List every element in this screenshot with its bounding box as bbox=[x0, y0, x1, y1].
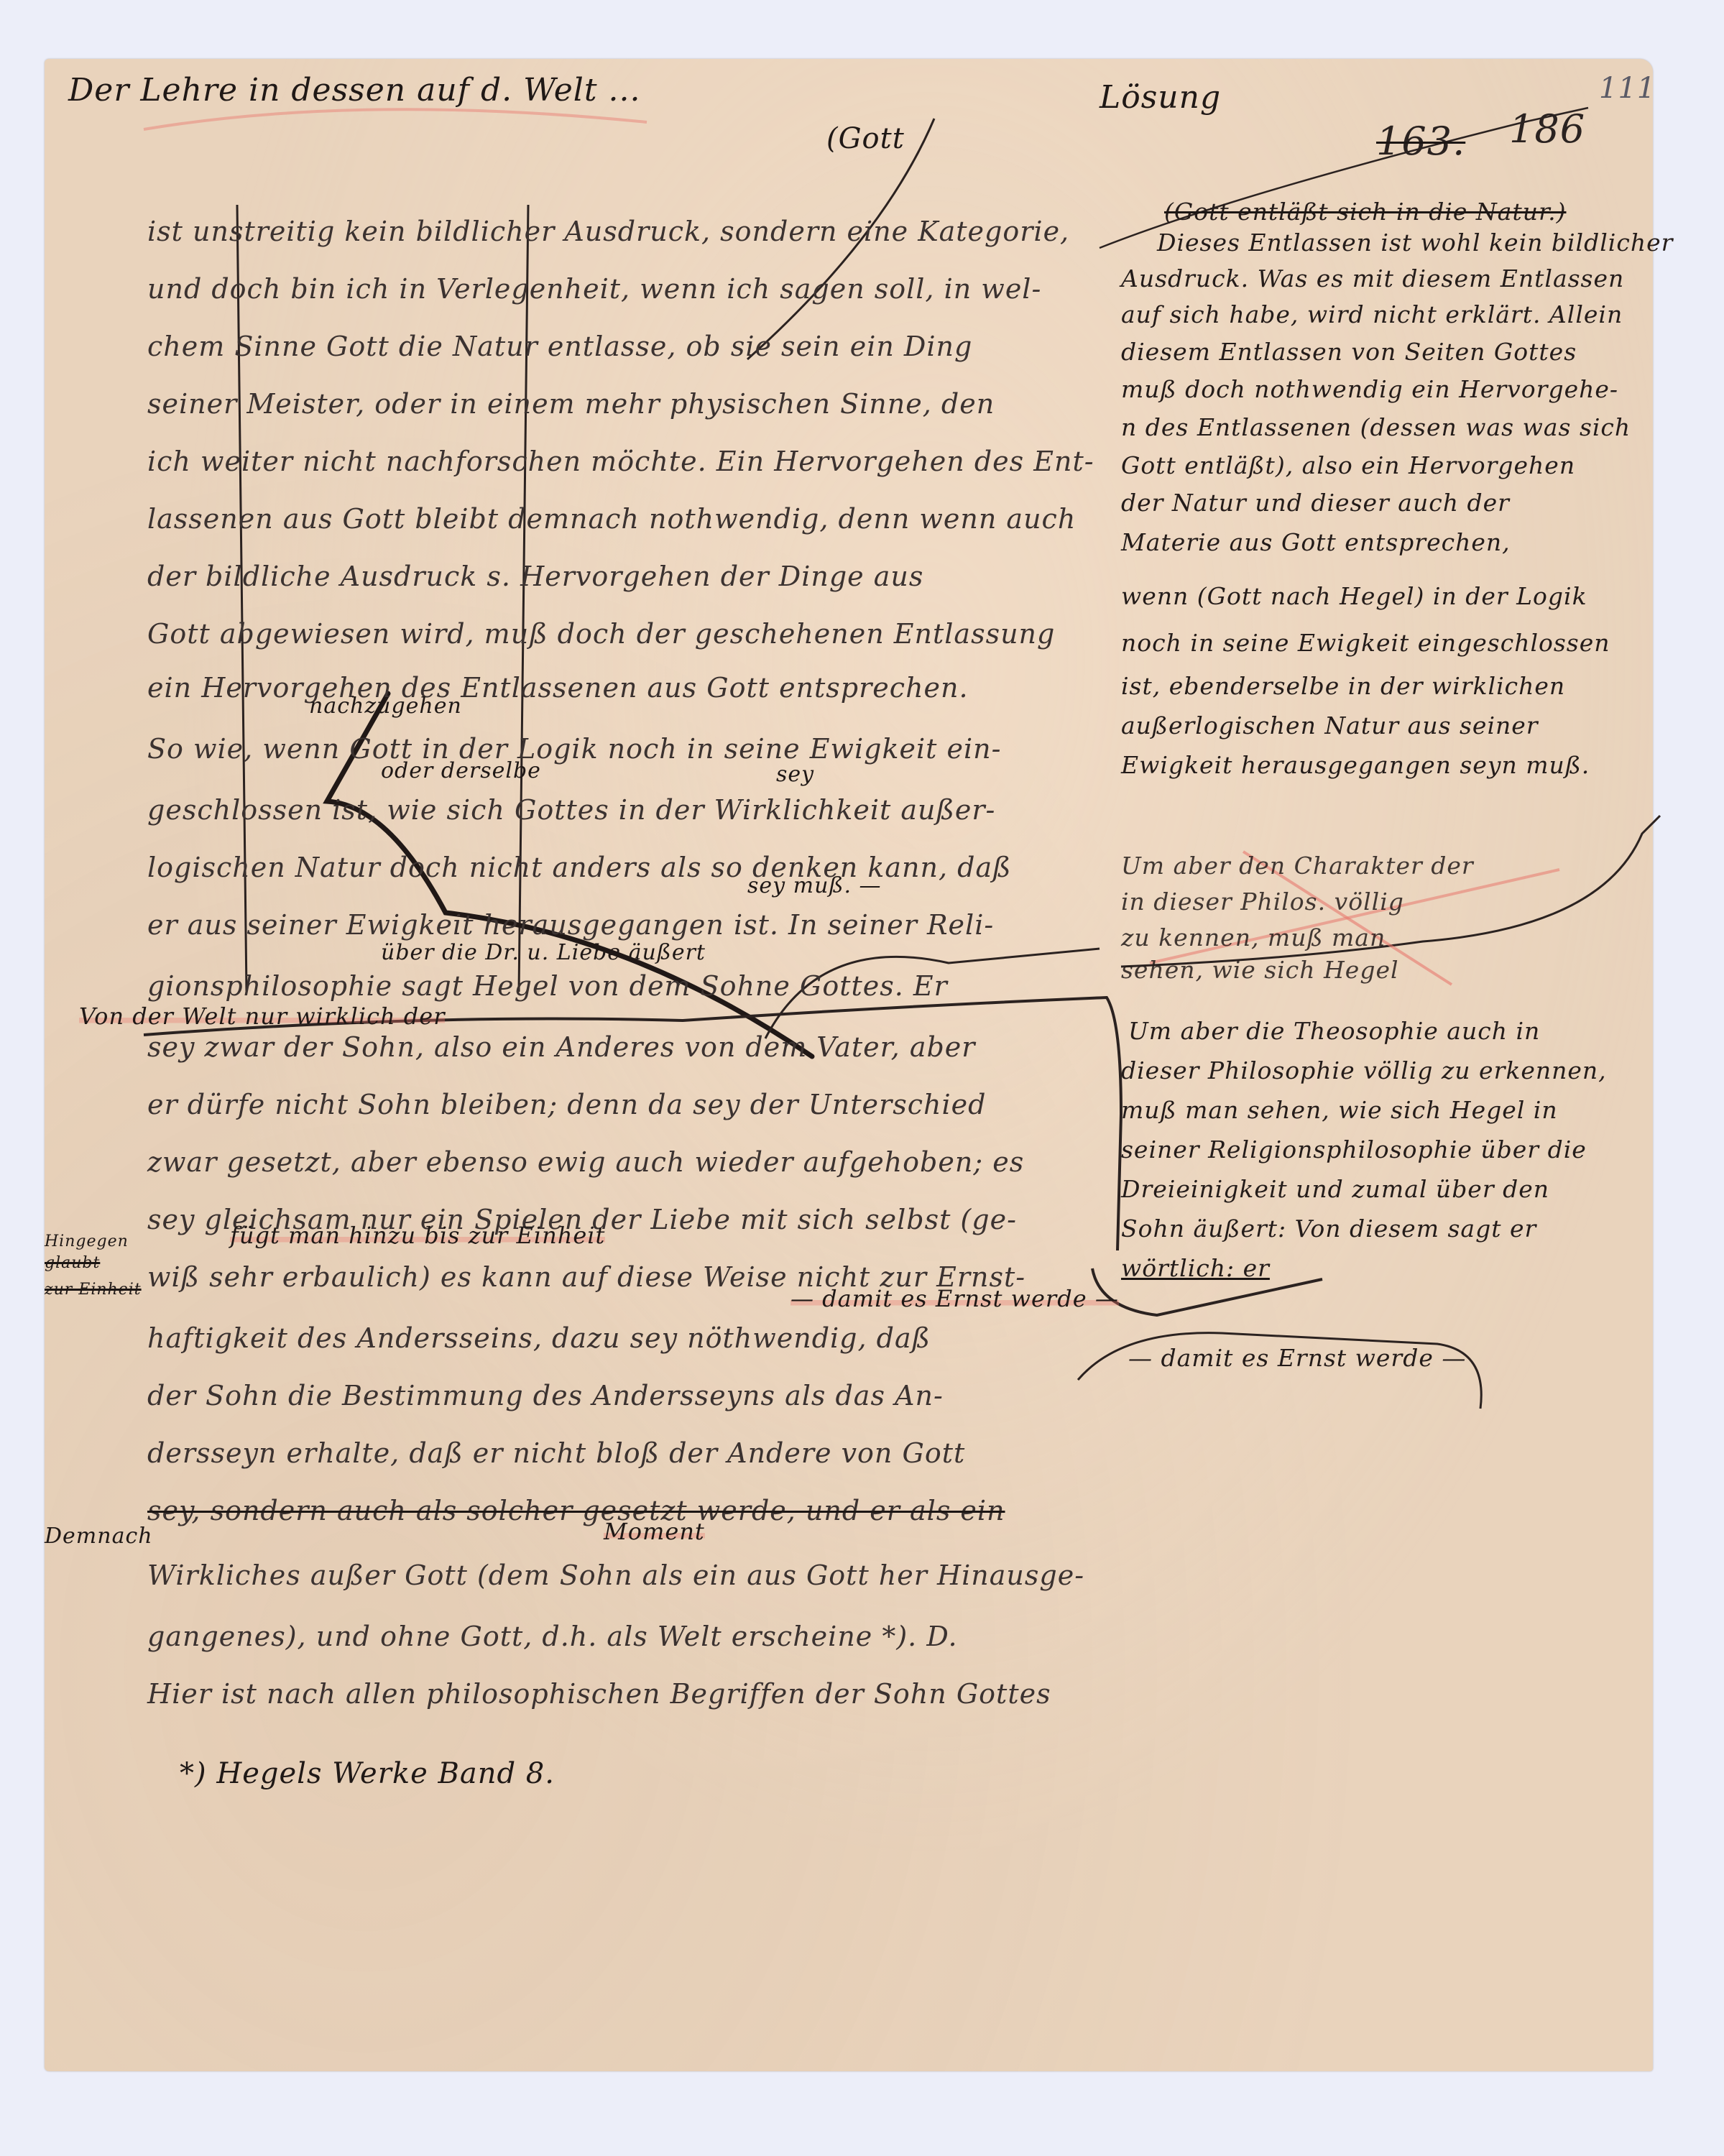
right-margin-line: außerlogischen Natur aus seiner bbox=[1121, 711, 1539, 740]
right-margin-struck-line: (Gott entläßt sich in die Natur.) bbox=[1164, 198, 1566, 226]
right-margin-line: dieser Philosophie völlig zu erkennen, bbox=[1121, 1056, 1607, 1084]
interlinear-insert: sey muß. — bbox=[747, 873, 882, 898]
main-line: der Sohn die Bestimmung des Andersseyns … bbox=[147, 1380, 944, 1411]
main-line: gangenes), und ohne Gott, d.h. als Welt … bbox=[147, 1621, 958, 1652]
main-line: lassenen aus Gott bleibt demnach nothwen… bbox=[147, 503, 1076, 535]
right-margin-line: der Natur und dieser auch der bbox=[1121, 489, 1510, 517]
main-line: gionsphilosophie sagt Hegel von dem Sohn… bbox=[147, 970, 948, 1002]
interlinear-insert: — damit es Ernst werde — bbox=[790, 1285, 1119, 1312]
right-margin-line: auf sich habe, wird nicht erklärt. Allei… bbox=[1121, 300, 1623, 328]
right-margin-line: noch in seine Ewigkeit eingeschlossen bbox=[1121, 629, 1610, 657]
top-note-insert: (Gott bbox=[826, 122, 905, 155]
page-number: 186 bbox=[1509, 106, 1585, 152]
main-line: Gott abgewiesen wird, muß doch der gesch… bbox=[147, 618, 1055, 650]
right-margin-line: seiner Religionsphilosophie über die bbox=[1121, 1135, 1587, 1164]
interlinear-insert: Moment bbox=[604, 1518, 705, 1545]
main-line: und doch bin ich in Verlegenheit, wenn i… bbox=[147, 273, 1041, 305]
interlinear-insert: sey bbox=[776, 762, 814, 787]
main-line: zwar gesetzt, aber ebenso ewig auch wied… bbox=[147, 1146, 1024, 1178]
right-margin-line: Dreieinigkeit und zumal über den bbox=[1121, 1175, 1549, 1203]
right-margin-line: diesem Entlassen von Seiten Gottes bbox=[1121, 338, 1577, 366]
left-margin-line: zur Einheit bbox=[45, 1281, 142, 1299]
right-margin-insert: — damit es Ernst werde — bbox=[1128, 1344, 1466, 1372]
main-line: er dürfe nicht Sohn bleiben; denn da sey… bbox=[147, 1089, 986, 1120]
top-note: Der Lehre in dessen auf d. Welt ... bbox=[68, 72, 640, 109]
main-line: dersseyn erhalte, daß er nicht bloß der … bbox=[147, 1437, 965, 1469]
right-margin-line: Sohn äußert: Von diesem sagt er bbox=[1121, 1215, 1536, 1243]
main-line: er aus seiner Ewigkeit herausgegangen is… bbox=[147, 909, 994, 941]
folio-number: 111 bbox=[1599, 72, 1656, 105]
page-number-struck: 163. bbox=[1376, 119, 1465, 164]
interlinear-insert: nachzugehen bbox=[309, 694, 462, 719]
right-margin-line: n des Entlassenen (dessen was was sich bbox=[1121, 413, 1631, 441]
right-margin-crossed-line: zu kennen, muß man bbox=[1121, 923, 1386, 952]
main-line: haftigkeit des Andersseins, dazu sey nöt… bbox=[147, 1322, 931, 1354]
main-line: chem Sinne Gott die Natur entlasse, ob s… bbox=[147, 331, 972, 362]
main-line: logischen Natur doch nicht anders als so… bbox=[147, 852, 1012, 883]
main-line: ich weiter nicht nachforschen möchte. Ei… bbox=[147, 446, 1094, 477]
right-margin-line: Ewigkeit herausgegangen seyn muß. bbox=[1121, 751, 1590, 779]
right-margin-crossed-line: in dieser Philos. völlig bbox=[1121, 888, 1404, 916]
right-margin-line: muß man sehen, wie sich Hegel in bbox=[1121, 1096, 1558, 1124]
main-line: Hier ist nach allen philosophischen Begr… bbox=[147, 1678, 1051, 1710]
interlinear-insert: oder derselbe bbox=[381, 758, 541, 783]
right-margin-line: wenn (Gott nach Hegel) in der Logik bbox=[1121, 582, 1587, 610]
main-line: der bildliche Ausdruck s. Hervorgehen de… bbox=[147, 561, 923, 592]
main-line: seiner Meister, oder in einem mehr physi… bbox=[147, 388, 995, 420]
right-margin-line: Dieses Entlassen ist wohl kein bildliche… bbox=[1157, 229, 1673, 257]
footnote: *) Hegels Werke Band 8. bbox=[180, 1757, 555, 1790]
main-line-struck: sey, sondern auch als solcher gesetzt we… bbox=[147, 1495, 1005, 1526]
right-margin-line: Materie aus Gott entsprechen, bbox=[1121, 528, 1511, 556]
main-line: Wirkliches außer Gott (dem Sohn als ein … bbox=[147, 1560, 1084, 1591]
main-line: So wie, wenn Gott in der Logik noch in s… bbox=[147, 733, 1001, 765]
interlinear-insert: fügt man hinzu bis zur Einheit bbox=[230, 1222, 605, 1249]
main-line: ist unstreitig kein bildlicher Ausdruck,… bbox=[147, 216, 1069, 247]
interlinear-insert: Von der Welt nur wirklich der bbox=[79, 1003, 445, 1030]
right-margin-crossed-line: Um aber den Charakter der bbox=[1121, 852, 1474, 880]
left-margin-line: Demnach bbox=[45, 1524, 153, 1549]
left-margin-line: Hingegen bbox=[45, 1233, 129, 1250]
right-margin-line: Um aber die Theosophie auch in bbox=[1128, 1017, 1540, 1045]
top-note-end: Lösung bbox=[1100, 79, 1221, 116]
right-margin-line: ist, ebenderselbe in der wirklichen bbox=[1121, 672, 1565, 700]
right-margin-line: Gott entläßt), also ein Hervorgehen bbox=[1121, 451, 1575, 479]
right-margin-line: wörtlich: er bbox=[1121, 1254, 1270, 1282]
main-line: sey zwar der Sohn, also ein Anderes von … bbox=[147, 1031, 975, 1063]
right-margin-line: muß doch nothwendig ein Hervorgehe- bbox=[1121, 375, 1618, 403]
left-margin-line: glaubt bbox=[45, 1254, 100, 1272]
interlinear-insert: über die Dr. u. Liebe äußert bbox=[381, 940, 706, 965]
main-line: ein Hervorgehen des Entlassenen aus Gott… bbox=[147, 672, 969, 704]
right-margin-line: Ausdruck. Was es mit diesem Entlassen bbox=[1121, 264, 1624, 292]
right-margin-crossed-line: sehen, wie sich Hegel bbox=[1121, 956, 1399, 984]
main-line: geschlossen ist, wie sich Gottes in der … bbox=[147, 794, 995, 826]
